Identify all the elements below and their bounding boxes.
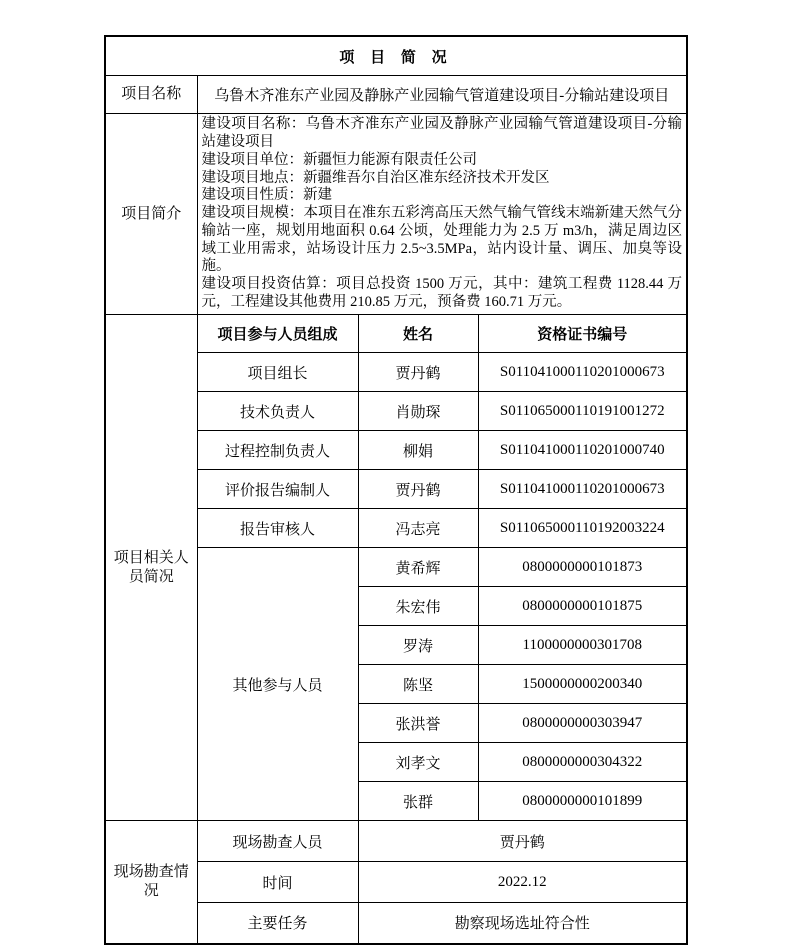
survey-label-cell: 主要任务 [197,903,358,944]
intro-paragraph: 建设项目地点：新疆维吾尔自治区准东经济技术开发区 [202,170,683,188]
cert-cell: S011041000110201000673 [478,353,687,392]
name-cell: 冯志亮 [358,509,478,548]
personnel-section-label: 项目相关人员简况 [105,315,197,821]
survey-value-cell: 贾丹鹤 [358,821,687,862]
name-cell: 刘孝文 [358,743,478,782]
name-cell: 罗涛 [358,626,478,665]
name-cell: 柳娟 [358,431,478,470]
cert-cell: 0800000000101899 [478,782,687,821]
name-cell: 陈坚 [358,665,478,704]
cert-cell: S011041000110201000740 [478,431,687,470]
cert-cell: 1500000000200340 [478,665,687,704]
role-cell: 过程控制负责人 [197,431,358,470]
project-intro-content: 建设项目名称：乌鲁木齐准东产业园及静脉产业园输气管道建设项目-分输站建设项目 建… [197,114,687,315]
intro-paragraph: 建设项目投资估算：项目总投资 1500 万元，其中：建筑工程费 1128.44 … [202,276,683,312]
role-cell: 技术负责人 [197,392,358,431]
project-intro-label: 项目简介 [105,114,197,315]
role-cell: 项目组长 [197,353,358,392]
cert-cell: 0800000000304322 [478,743,687,782]
intro-paragraph: 建设项目性质：新建 [202,187,683,205]
cert-cell: S011065000110191001272 [478,392,687,431]
survey-label-cell: 现场勘查人员 [197,821,358,862]
role-cell: 评价报告编制人 [197,470,358,509]
cert-cell: S011041000110201000673 [478,470,687,509]
intro-paragraph: 建设项目单位：新疆恒力能源有限责任公司 [202,152,683,170]
project-name-value: 乌鲁木齐准东产业园及静脉产业园输气管道建设项目-分输站建设项目 [197,76,687,114]
project-name-label: 项目名称 [105,76,197,114]
cert-cell: 0800000000303947 [478,704,687,743]
cert-cell: 0800000000101873 [478,548,687,587]
document-page: 项 目 简 况 项目名称 乌鲁木齐准东产业园及静脉产业园输气管道建设项目-分输站… [0,0,790,944]
survey-value-cell: 2022.12 [358,862,687,903]
name-cell: 朱宏伟 [358,587,478,626]
name-cell: 张群 [358,782,478,821]
cert-cell: S011065000110192003224 [478,509,687,548]
site-survey-section-label: 现场勘查情况 [105,821,197,944]
personnel-col-header-role: 项目参与人员组成 [197,315,358,353]
intro-paragraph: 建设项目名称：乌鲁木齐准东产业园及静脉产业园输气管道建设项目-分输站建设项目 [202,116,683,152]
others-label: 其他参与人员 [197,548,358,821]
intro-paragraph: 建设项目规模：本项目在准东五彩湾高压天然气输气管线末端新建天然气分输站一座，规划… [202,205,683,276]
table-title: 项 目 简 况 [105,36,687,76]
cert-cell: 1100000000301708 [478,626,687,665]
name-cell: 肖勋琛 [358,392,478,431]
survey-label-cell: 时间 [197,862,358,903]
role-cell: 报告审核人 [197,509,358,548]
personnel-col-header-name: 姓名 [358,315,478,353]
project-overview-table: 项 目 简 况 项目名称 乌鲁木齐准东产业园及静脉产业园输气管道建设项目-分输站… [104,35,688,945]
name-cell: 张洪誉 [358,704,478,743]
name-cell: 黄希辉 [358,548,478,587]
survey-value-cell: 勘察现场选址符合性 [358,903,687,944]
name-cell: 贾丹鹤 [358,353,478,392]
site-survey-row: 现场勘查情况 现场勘查人员 贾丹鹤 [105,821,687,862]
personnel-col-header-cert: 资格证书编号 [478,315,687,353]
name-cell: 贾丹鹤 [358,470,478,509]
cert-cell: 0800000000101875 [478,587,687,626]
